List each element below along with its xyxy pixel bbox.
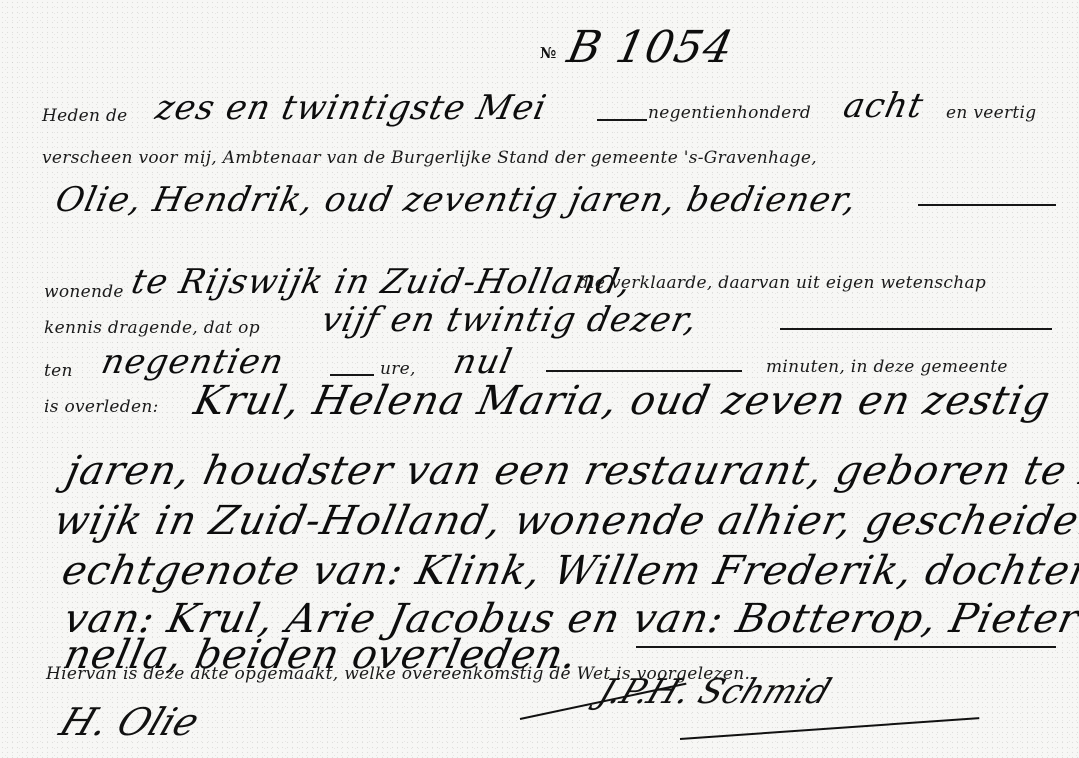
fill-rule (597, 119, 647, 121)
handwritten-year: acht (840, 86, 927, 126)
printed-wonende: wonende (44, 282, 124, 302)
handwritten-day: zes en twintigste Mei (152, 88, 550, 128)
fill-rule (546, 370, 742, 372)
handwritten-hour: negentien (98, 342, 288, 382)
printed-ure: ure, (380, 359, 416, 379)
signature-registrar: J.P.H. Schmid (593, 672, 837, 712)
handwritten-date-of-death: vijf en twintig dezer, (318, 300, 701, 340)
handwritten-residence: te Rijswijk in Zuid-Holland, (128, 262, 635, 302)
printed-verklaarde: die verklaarde, daarvan uit eigen wetens… (578, 273, 986, 293)
signature-underline (680, 717, 979, 740)
printed-minuten: minuten, in deze gemeente (766, 357, 1008, 377)
handwritten-line-9: wijk in Zuid-Holland, wonende alhier, ge… (50, 498, 1079, 544)
printed-kennis-dragende: kennis dragende, dat op (44, 318, 260, 338)
fill-rule (636, 646, 1056, 648)
certificate-page: № B 1054 Heden de zes en twintigste Mei … (0, 0, 1079, 758)
handwritten-deceased: Krul, Helena Maria, oud zeven en zestig (190, 378, 1055, 424)
number-sign: № (540, 44, 556, 62)
printed-en-veertig: en veertig (946, 103, 1036, 123)
handwritten-line-8: jaren, houdster van een restaurant, gebo… (62, 448, 1079, 494)
printed-ten: ten (44, 361, 73, 381)
printed-verscheen: verscheen voor mij, Ambtenaar van de Bur… (42, 148, 817, 168)
handwritten-minutes: nul (450, 342, 516, 382)
fill-rule (330, 374, 374, 376)
printed-heden-de: Heden de (42, 106, 128, 126)
printed-is-overleden: is overleden: (44, 397, 159, 417)
fill-rule (918, 204, 1056, 206)
signature-declarant: H. Olie (54, 700, 205, 744)
certificate-number: B 1054 (563, 22, 738, 73)
fill-rule (780, 328, 1052, 330)
printed-negentienhonderd: negentienhonderd (648, 103, 811, 123)
handwritten-declarant: Olie, Hendrik, oud zeventig jaren, bedie… (52, 180, 861, 220)
handwritten-line-10: echtgenote van: Klink, Willem Frederik, … (58, 548, 1079, 594)
